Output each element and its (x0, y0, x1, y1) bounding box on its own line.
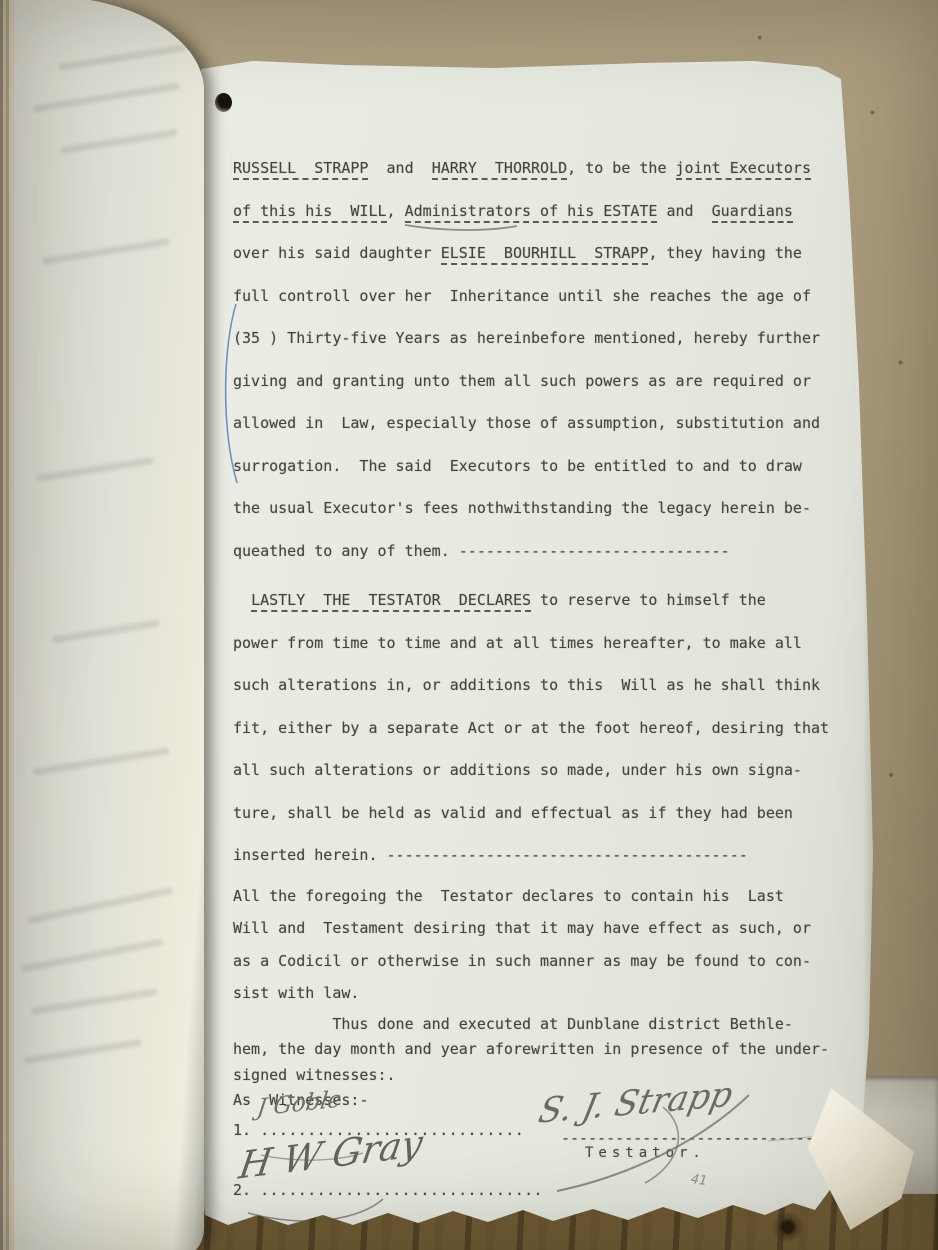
text-segment: full controll over her Inheritance until… (233, 287, 811, 305)
paragraph: All the foregoing the Testator declares … (233, 880, 858, 1010)
text-segment: all such alterations or additions so mad… (233, 761, 802, 779)
underlined-text-segment: joint Executors (676, 159, 811, 180)
underlined-text-segment: Administrators of his ESTATE (405, 202, 658, 223)
underlined-text-segment: Guardians (712, 202, 793, 223)
paragraph: RUSSELL STRAPP and HARRY THORROLD, to be… (233, 147, 858, 572)
typed-line: inserted herein. -----------------------… (233, 834, 858, 877)
typed-line: ture, shall be held as valid and effectu… (233, 792, 858, 835)
ghost-text-line (27, 887, 173, 925)
typed-line: As Witnesses:- (233, 1088, 858, 1114)
ghost-text-line (60, 129, 178, 154)
typed-line: allowed in Law, especially those of assu… (233, 402, 858, 445)
typed-line: Thus done and executed at Dunblane distr… (233, 1012, 858, 1038)
typed-line: Will and Testament desiring that it may … (233, 912, 858, 945)
text-segment: the usual Executor's fees nothwithstandi… (233, 499, 811, 517)
ghost-text-line (30, 988, 158, 1015)
text-segment: over his said daughter (233, 244, 441, 262)
text-segment: ture, shall be held as valid and effectu… (233, 804, 793, 822)
typed-line: surrogation. The said Executors to be en… (233, 445, 858, 488)
underlined-text-segment: ELSIE BOURHILL STRAPP (441, 244, 649, 265)
underlined-text-segment: RUSSELL STRAPP (233, 159, 368, 180)
witness-2-dotted-line: .............................. (260, 1181, 543, 1199)
typed-line: (35 ) Thirty-five Years as hereinbefore … (233, 317, 858, 360)
text-segment: hem, the day month and year aforewritten… (233, 1040, 829, 1058)
typed-line: sist with law. (233, 977, 858, 1010)
text-segment: fit, either by a separate Act or at the … (233, 719, 829, 737)
text-segment: giving and granting unto them all such p… (233, 372, 811, 390)
witness-line-2: 2............................... (233, 1181, 543, 1199)
paragraph: LASTLY THE TESTATOR DECLARES to reserve … (233, 579, 858, 877)
ghost-text-line (58, 44, 186, 71)
text-segment: as a Codicil or otherwise in such manner… (233, 952, 811, 970)
photo-scene: RUSSELL STRAPP and HARRY THORROLD, to be… (0, 0, 938, 1250)
ghost-text-line (24, 1039, 142, 1064)
typed-line: full controll over her Inheritance until… (233, 275, 858, 318)
typed-line: power from time to time and at all times… (233, 622, 858, 665)
binding-edge (0, 0, 14, 1250)
ghost-text-line (21, 938, 164, 972)
punch-hole (215, 93, 232, 112)
text-segment: allowed in Law, especially those of assu… (233, 414, 820, 432)
text-segment: sist with law. (233, 984, 359, 1002)
typed-line: fit, either by a separate Act or at the … (233, 707, 858, 750)
typed-line: the usual Executor's fees nothwithstandi… (233, 487, 858, 530)
text-segment: power from time to time and at all times… (233, 634, 802, 652)
typed-line: LASTLY THE TESTATOR DECLARES to reserve … (233, 579, 858, 622)
text-segment: inserted herein. -----------------------… (233, 846, 748, 864)
text-segment: , to be the (567, 159, 675, 177)
typed-line: queathed to any of them. ---------------… (233, 530, 858, 573)
text-segment: and (368, 159, 431, 177)
folded-previous-page (0, 0, 204, 1250)
witness-1-dotted-line: ............................ (260, 1121, 524, 1139)
typed-body: RUSSELL STRAPP and HARRY THORROLD, to be… (233, 147, 858, 1114)
ghost-text-line (32, 747, 169, 776)
text-segment: such alterations in, or additions to thi… (233, 676, 820, 694)
text-segment: to reserve to himself the (531, 591, 766, 609)
typed-line: giving and granting unto them all such p… (233, 360, 858, 403)
text-segment: signed witnesses:. (233, 1066, 396, 1084)
typed-line: All the foregoing the Testator declares … (233, 880, 858, 913)
typed-line: over his said daughter ELSIE BOURHILL ST… (233, 232, 858, 275)
text-segment: and (657, 202, 711, 220)
ghost-text-line (42, 238, 170, 265)
witness-1-number: 1. (233, 1121, 251, 1139)
typed-line: of this his WILL, Administrators of his … (233, 190, 858, 233)
witness-1-flourish (261, 1153, 363, 1160)
typed-line: RUSSELL STRAPP and HARRY THORROLD, to be… (233, 147, 858, 190)
text-segment: All the foregoing the Testator declares … (233, 887, 784, 905)
text-segment: (35 ) Thirty-five Years as hereinbefore … (233, 329, 820, 347)
witness-2-number: 2. (233, 1181, 251, 1199)
text-segment: , they having the (648, 244, 802, 262)
typed-line: hem, the day month and year aforewritten… (233, 1037, 858, 1063)
typed-line: such alterations in, or additions to thi… (233, 664, 858, 707)
typed-line: as a Codicil or otherwise in such manner… (233, 945, 858, 978)
ghost-text-line (36, 457, 154, 482)
typed-line: signed witnesses:. (233, 1063, 858, 1089)
paragraph: Thus done and executed at Dunblane distr… (233, 1012, 858, 1114)
witness-line-1: 1............................. (233, 1121, 524, 1139)
text-segment: Thus done and executed at Dunblane distr… (233, 1015, 793, 1033)
text-segment: surrogation. The said Executors to be en… (233, 457, 802, 475)
ghost-text-line (52, 620, 160, 644)
text-segment: As Witnesses:- (233, 1091, 368, 1109)
ghost-text-line (32, 82, 179, 112)
text-segment: queathed to any of them. ---------------… (233, 542, 730, 560)
text-segment: , (387, 202, 405, 220)
underlined-text-segment: of this his WILL (233, 202, 387, 223)
text-segment (233, 591, 251, 609)
text-segment: Will and Testament desiring that it may … (233, 919, 811, 937)
pencil-note: 41 (690, 1172, 708, 1189)
testator-label: Testator. (585, 1145, 706, 1161)
will-page: RUSSELL STRAPP and HARRY THORROLD, to be… (193, 55, 877, 1228)
underlined-text-segment: HARRY THORROLD (432, 159, 567, 180)
typed-line: all such alterations or additions so mad… (233, 749, 858, 792)
underlined-text-segment: LASTLY THE TESTATOR DECLARES (251, 591, 531, 612)
